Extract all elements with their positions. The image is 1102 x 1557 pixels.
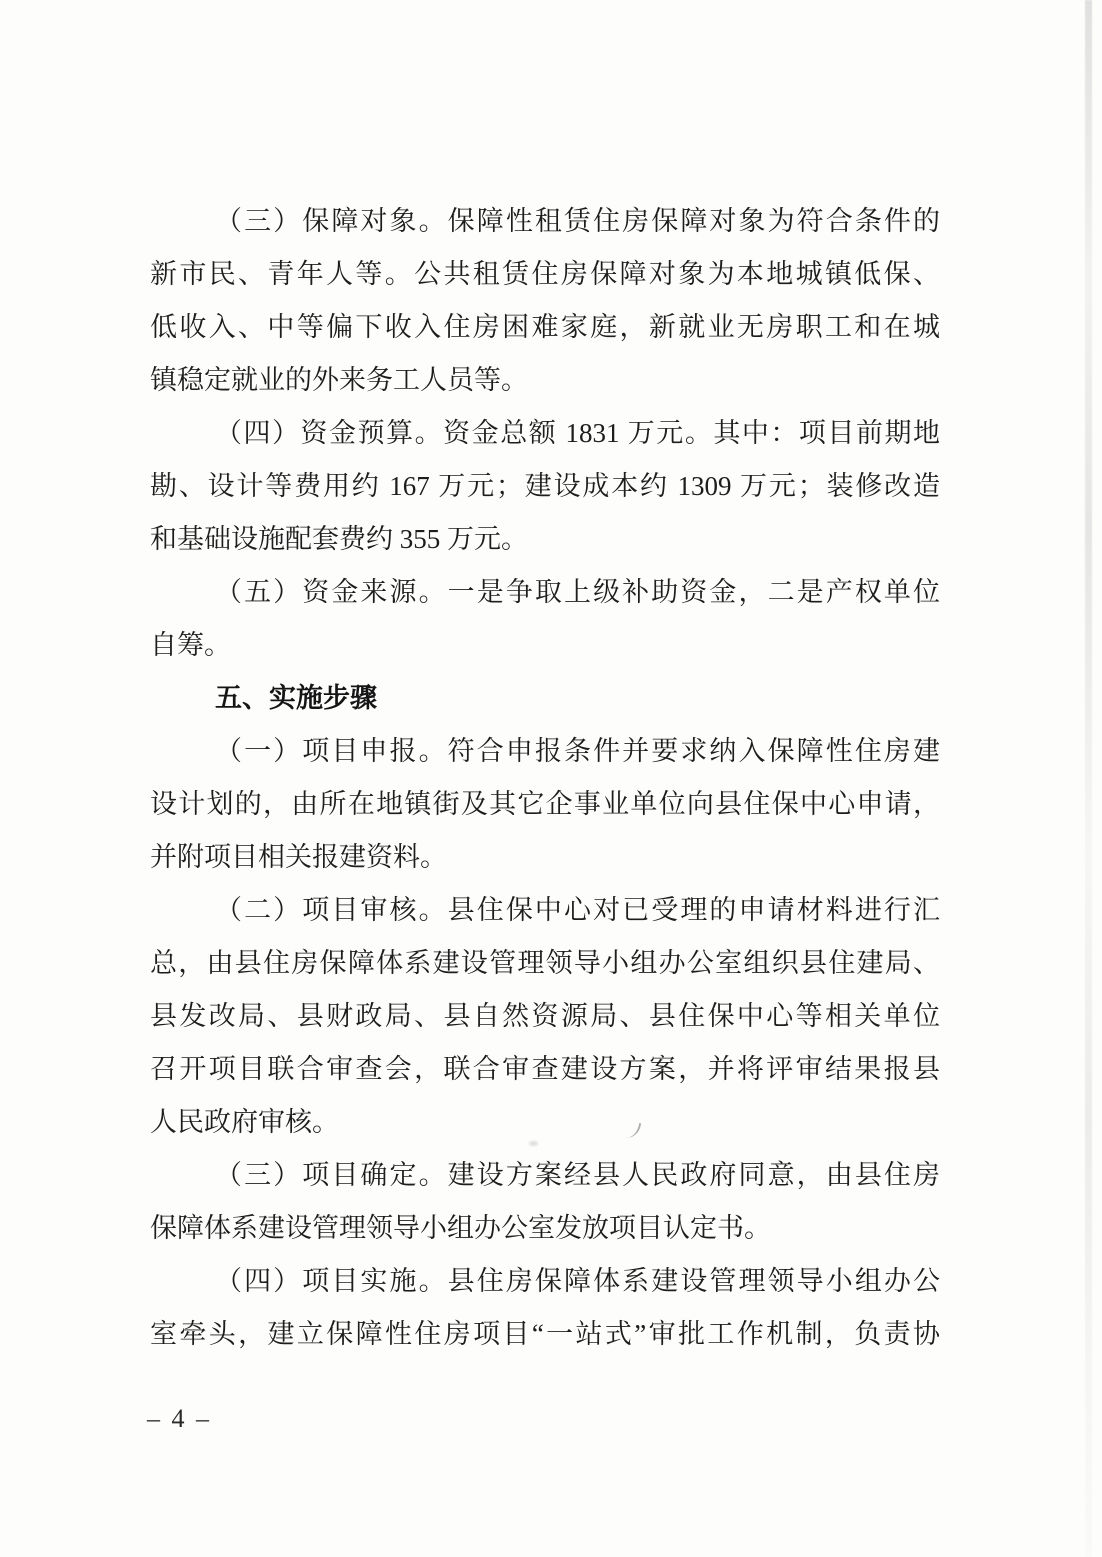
text-line: 低收入、中等偏下收入住房困难家庭，新就业无房职工和在城 [150,301,940,354]
text-line: 和基础设施配套费约 355 万元。 [150,513,940,566]
paragraph: （四）资金预算。资金总额 1831 万元。其中：项目前期地勘、设计等费用约 16… [150,407,940,566]
text-line: （四）项目实施。县住房保障体系建设管理领导小组办公 [150,1255,940,1308]
paragraph: （四）项目实施。县住房保障体系建设管理领导小组办公室牵头，建立保障性住房项目“一… [150,1255,940,1361]
text-line: 保障体系建设管理领导小组办公室发放项目认定书。 [150,1202,940,1255]
document-body: （三）保障对象。保障性租赁住房保障对象为符合条件的新市民、青年人等。公共租赁住房… [150,195,940,1361]
text-line: 总，由县住房保障体系建设管理领导小组办公室组织县住建局、 [150,937,940,990]
text-line: 人民政府审核。 [150,1096,940,1149]
paragraph: （三）保障对象。保障性租赁住房保障对象为符合条件的新市民、青年人等。公共租赁住房… [150,195,940,407]
text-line: 自筹。 [150,619,940,672]
text-line: 勘、设计等费用约 167 万元；建设成本约 1309 万元；装修改造 [150,460,940,513]
text-line: 新市民、青年人等。公共租赁住房保障对象为本地城镇低保、 [150,248,940,301]
paragraph: （三）项目确定。建设方案经县人民政府同意，由县住房保障体系建设管理领导小组办公室… [150,1149,940,1255]
text-line: （五）资金来源。一是争取上级补助资金，二是产权单位 [150,566,940,619]
heading-line: 五、实施步骤 [150,672,940,725]
section-heading: 五、实施步骤 [150,672,940,725]
text-line: （一）项目申报。符合申报条件并要求纳入保障性住房建 [150,725,940,778]
text-line: 召开项目联合审查会，联合审查建设方案，并将评审结果报县 [150,1043,940,1096]
paragraph: （二）项目审核。县住保中心对已受理的申请材料进行汇总，由县住房保障体系建设管理领… [150,884,940,1149]
text-line: （三）保障对象。保障性租赁住房保障对象为符合条件的 [150,195,940,248]
text-line: （四）资金预算。资金总额 1831 万元。其中：项目前期地 [150,407,940,460]
text-line: 县发改局、县财政局、县自然资源局、县住保中心等相关单位 [150,990,940,1043]
text-line: 镇稳定就业的外来务工人员等。 [150,354,940,407]
text-line: （二）项目审核。县住保中心对已受理的申请材料进行汇 [150,884,940,937]
text-line: 并附项目相关报建资料。 [150,831,940,884]
paragraph: （一）项目申报。符合申报条件并要求纳入保障性住房建设计划的，由所在地镇街及其它企… [150,725,940,884]
document-page: （三）保障对象。保障性租赁住房保障对象为符合条件的新市民、青年人等。公共租赁住房… [0,0,1102,1557]
scan-artifact-right-streak [1085,0,1092,1557]
text-line: （三）项目确定。建设方案经县人民政府同意，由县住房 [150,1149,940,1202]
page-number: – 4 – [147,1404,209,1434]
text-line: 室牵头，建立保障性住房项目“一站式”审批工作机制，负责协 [150,1308,940,1361]
paragraph: （五）资金来源。一是争取上级补助资金，二是产权单位自筹。 [150,566,940,672]
text-line: 设计划的，由所在地镇街及其它企事业单位向县住保中心申请， [150,778,940,831]
